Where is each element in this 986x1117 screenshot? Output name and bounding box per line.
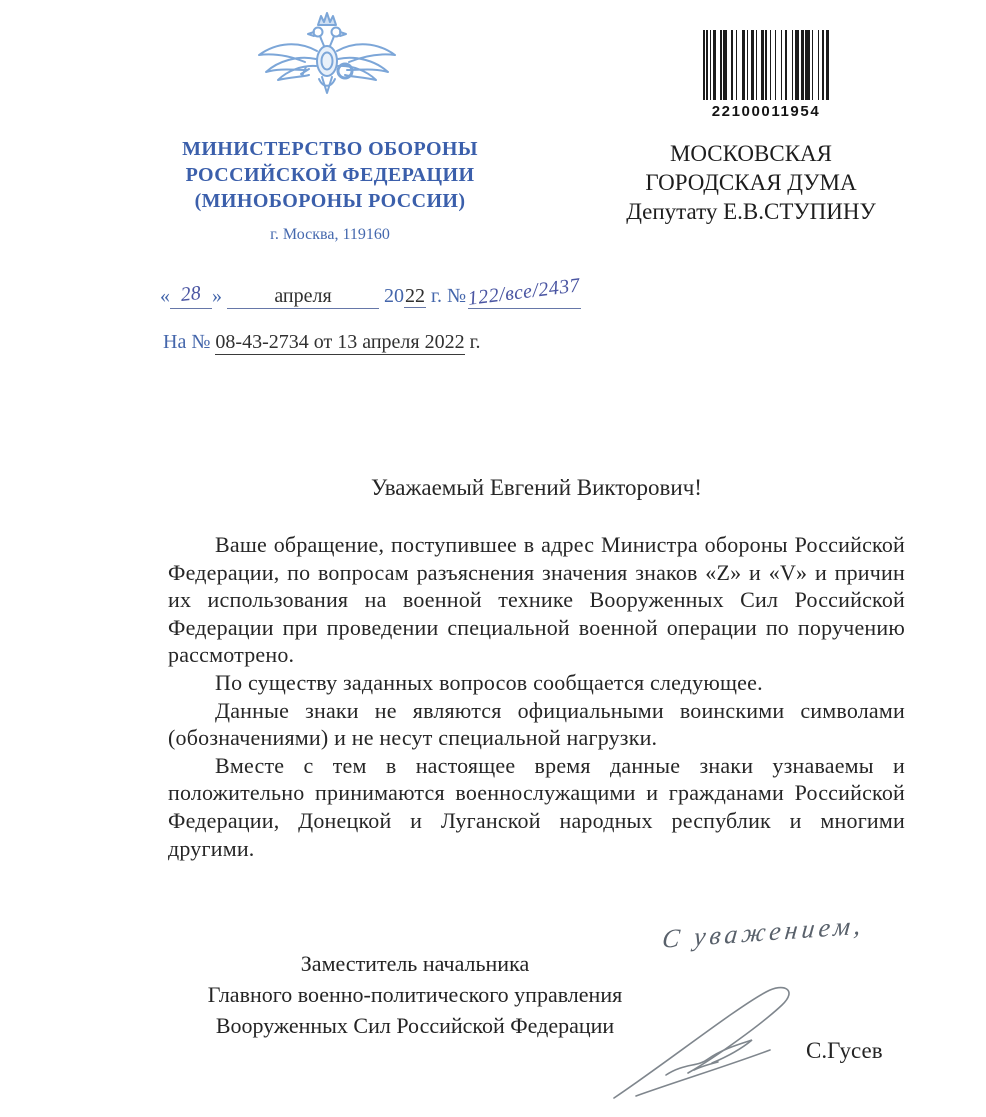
reply-suffix: г.	[470, 331, 481, 353]
signer-name: С.Гусев	[806, 1038, 883, 1064]
reply-prefix: На №	[163, 331, 210, 353]
body-paragraph: Данные знаки не являются официальными во…	[168, 697, 905, 752]
letter-body: Ваше обращение, поступившее в адрес Мини…	[168, 531, 905, 862]
date-year-prefix: 20	[384, 285, 404, 307]
date-line: «28» апреля 2022 г. №122/все/2437	[160, 285, 581, 309]
recipient-line: МОСКОВСКАЯ	[626, 139, 876, 168]
mod-eagle-emblem-icon	[252, 8, 402, 120]
ministry-name-line: МИНИСТЕРСТВО ОБОРОНЫ	[155, 136, 505, 162]
reg-number-sign: №	[447, 285, 466, 307]
ministry-address: г. Москва, 119160	[155, 226, 505, 244]
date-era: г.	[431, 285, 442, 307]
date-close-quote: »	[212, 285, 222, 307]
closing-handwritten: С уважением,	[661, 907, 914, 955]
ministry-name: МИНИСТЕРСТВО ОБОРОНЫ РОССИЙСКОЙ ФЕДЕРАЦИ…	[155, 136, 505, 214]
recipient-line: Депутату Е.В.СТУПИНУ	[626, 197, 876, 226]
signer-title-line: Вооруженных Сил Российской Федерации	[150, 1010, 680, 1041]
recipient-block: МОСКОВСКАЯ ГОРОДСКАЯ ДУМА Депутату Е.В.С…	[626, 139, 876, 226]
date-open-quote: «	[160, 285, 170, 307]
signer-title-line: Заместитель начальника	[150, 948, 680, 979]
reply-reference-line: На № 08-43-2734 от 13 апреля 2022 г.	[163, 331, 481, 354]
signer-title-block: Заместитель начальника Главного военно-п…	[150, 948, 680, 1041]
signer-title-line: Главного военно-политического управления	[150, 979, 680, 1010]
signature-flourish-icon	[606, 978, 811, 1103]
reply-value: 08-43-2734 от 13 апреля 2022	[215, 331, 464, 355]
date-year-suffix: 22	[404, 285, 426, 308]
barcode-number: 22100011954	[698, 103, 834, 120]
date-day-handwritten: 28	[180, 282, 202, 307]
reg-number-handwritten: 122/все/2437	[467, 274, 582, 311]
salutation: Уважаемый Евгений Викторович!	[168, 475, 905, 501]
recipient-line: ГОРОДСКАЯ ДУМА	[626, 168, 876, 197]
reg-number-slot: 122/все/2437	[468, 285, 581, 309]
barcode	[698, 30, 834, 100]
ministry-name-line: (МИНОБОРОНЫ РОССИИ)	[155, 188, 505, 214]
date-day-slot: 28	[170, 285, 212, 309]
body-paragraph: По существу заданных вопросов сообщается…	[168, 669, 905, 697]
ministry-name-line: РОССИЙСКОЙ ФЕДЕРАЦИИ	[155, 162, 505, 188]
date-month: апреля	[227, 285, 379, 309]
body-paragraph: Ваше обращение, поступившее в адрес Мини…	[168, 531, 905, 669]
body-paragraph: Вместе с тем в настоящее время данные зн…	[168, 752, 905, 862]
barcode-block: 22100011954	[698, 30, 834, 120]
letter-page: МИНИСТЕРСТВО ОБОРОНЫ РОССИЙСКОЙ ФЕДЕРАЦИ…	[0, 0, 986, 1117]
